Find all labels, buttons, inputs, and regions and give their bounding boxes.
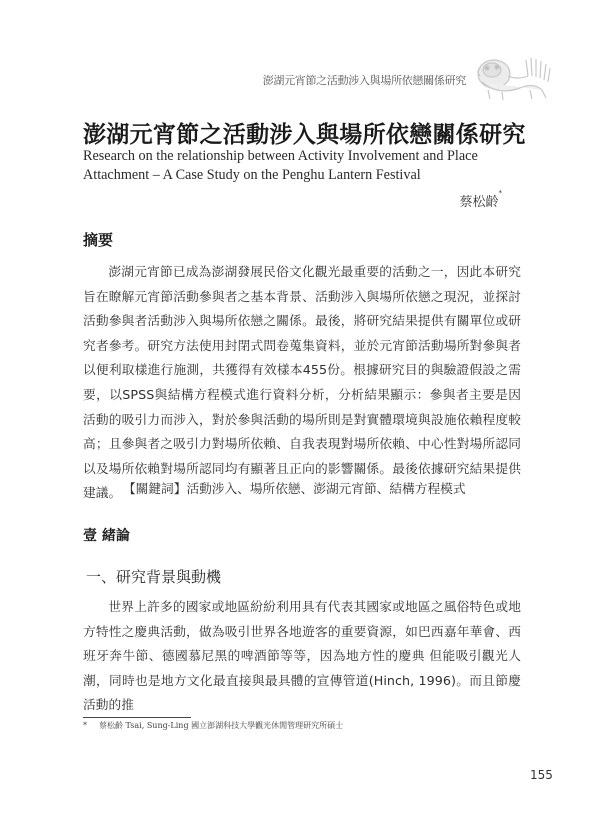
subsection-heading: 一、研究背景與動機: [86, 566, 221, 587]
abstract-body: 澎湖元宵節已成為澎湖發展民俗文化觀光最重要的活動之一，因此本研究旨在瞭解元宵節活…: [83, 260, 521, 506]
article-title-en: Research on the relationship between Act…: [83, 147, 523, 185]
keywords-list: 活動涉入、場所依戀、澎湖元宵節、結構方程模式: [186, 481, 465, 496]
abstract-heading: 摘要: [83, 229, 113, 250]
footnote-mark: *: [83, 721, 99, 730]
author-name: 蔡松齡*: [0, 191, 502, 210]
keywords-line: 【關鍵詞】活動涉入、場所依戀、澎湖元宵節、結構方程模式: [123, 478, 466, 497]
section-heading: 壹 緒論: [83, 525, 130, 545]
footnote-divider: [83, 717, 191, 718]
footnote-text: 蔡松齡 Tsai, Sung-Ling 國立澎湖科技大學觀光休閒管理研究所碩士: [99, 721, 343, 730]
footnote: *蔡松齡 Tsai, Sung-Ling 國立澎湖科技大學觀光休閒管理研究所碩士: [83, 720, 343, 731]
author-footnote-mark: *: [499, 189, 503, 197]
stone-lion-icon: [468, 52, 558, 102]
article-title-zh: 澎湖元宵節之活動涉入與場所依戀關係研究: [83, 116, 523, 149]
page-number: 155: [530, 768, 553, 782]
running-header: 澎湖元宵節之活動涉入與場所依戀關係研究: [0, 72, 466, 88]
intro-body: 世界上許多的國家或地區紛紛利用具有代表其國家或地區之風俗特色或地方特性之慶典活動…: [83, 595, 521, 718]
keywords-label: 【關鍵詞】: [123, 481, 186, 496]
author-label: 蔡松齡: [459, 195, 498, 210]
